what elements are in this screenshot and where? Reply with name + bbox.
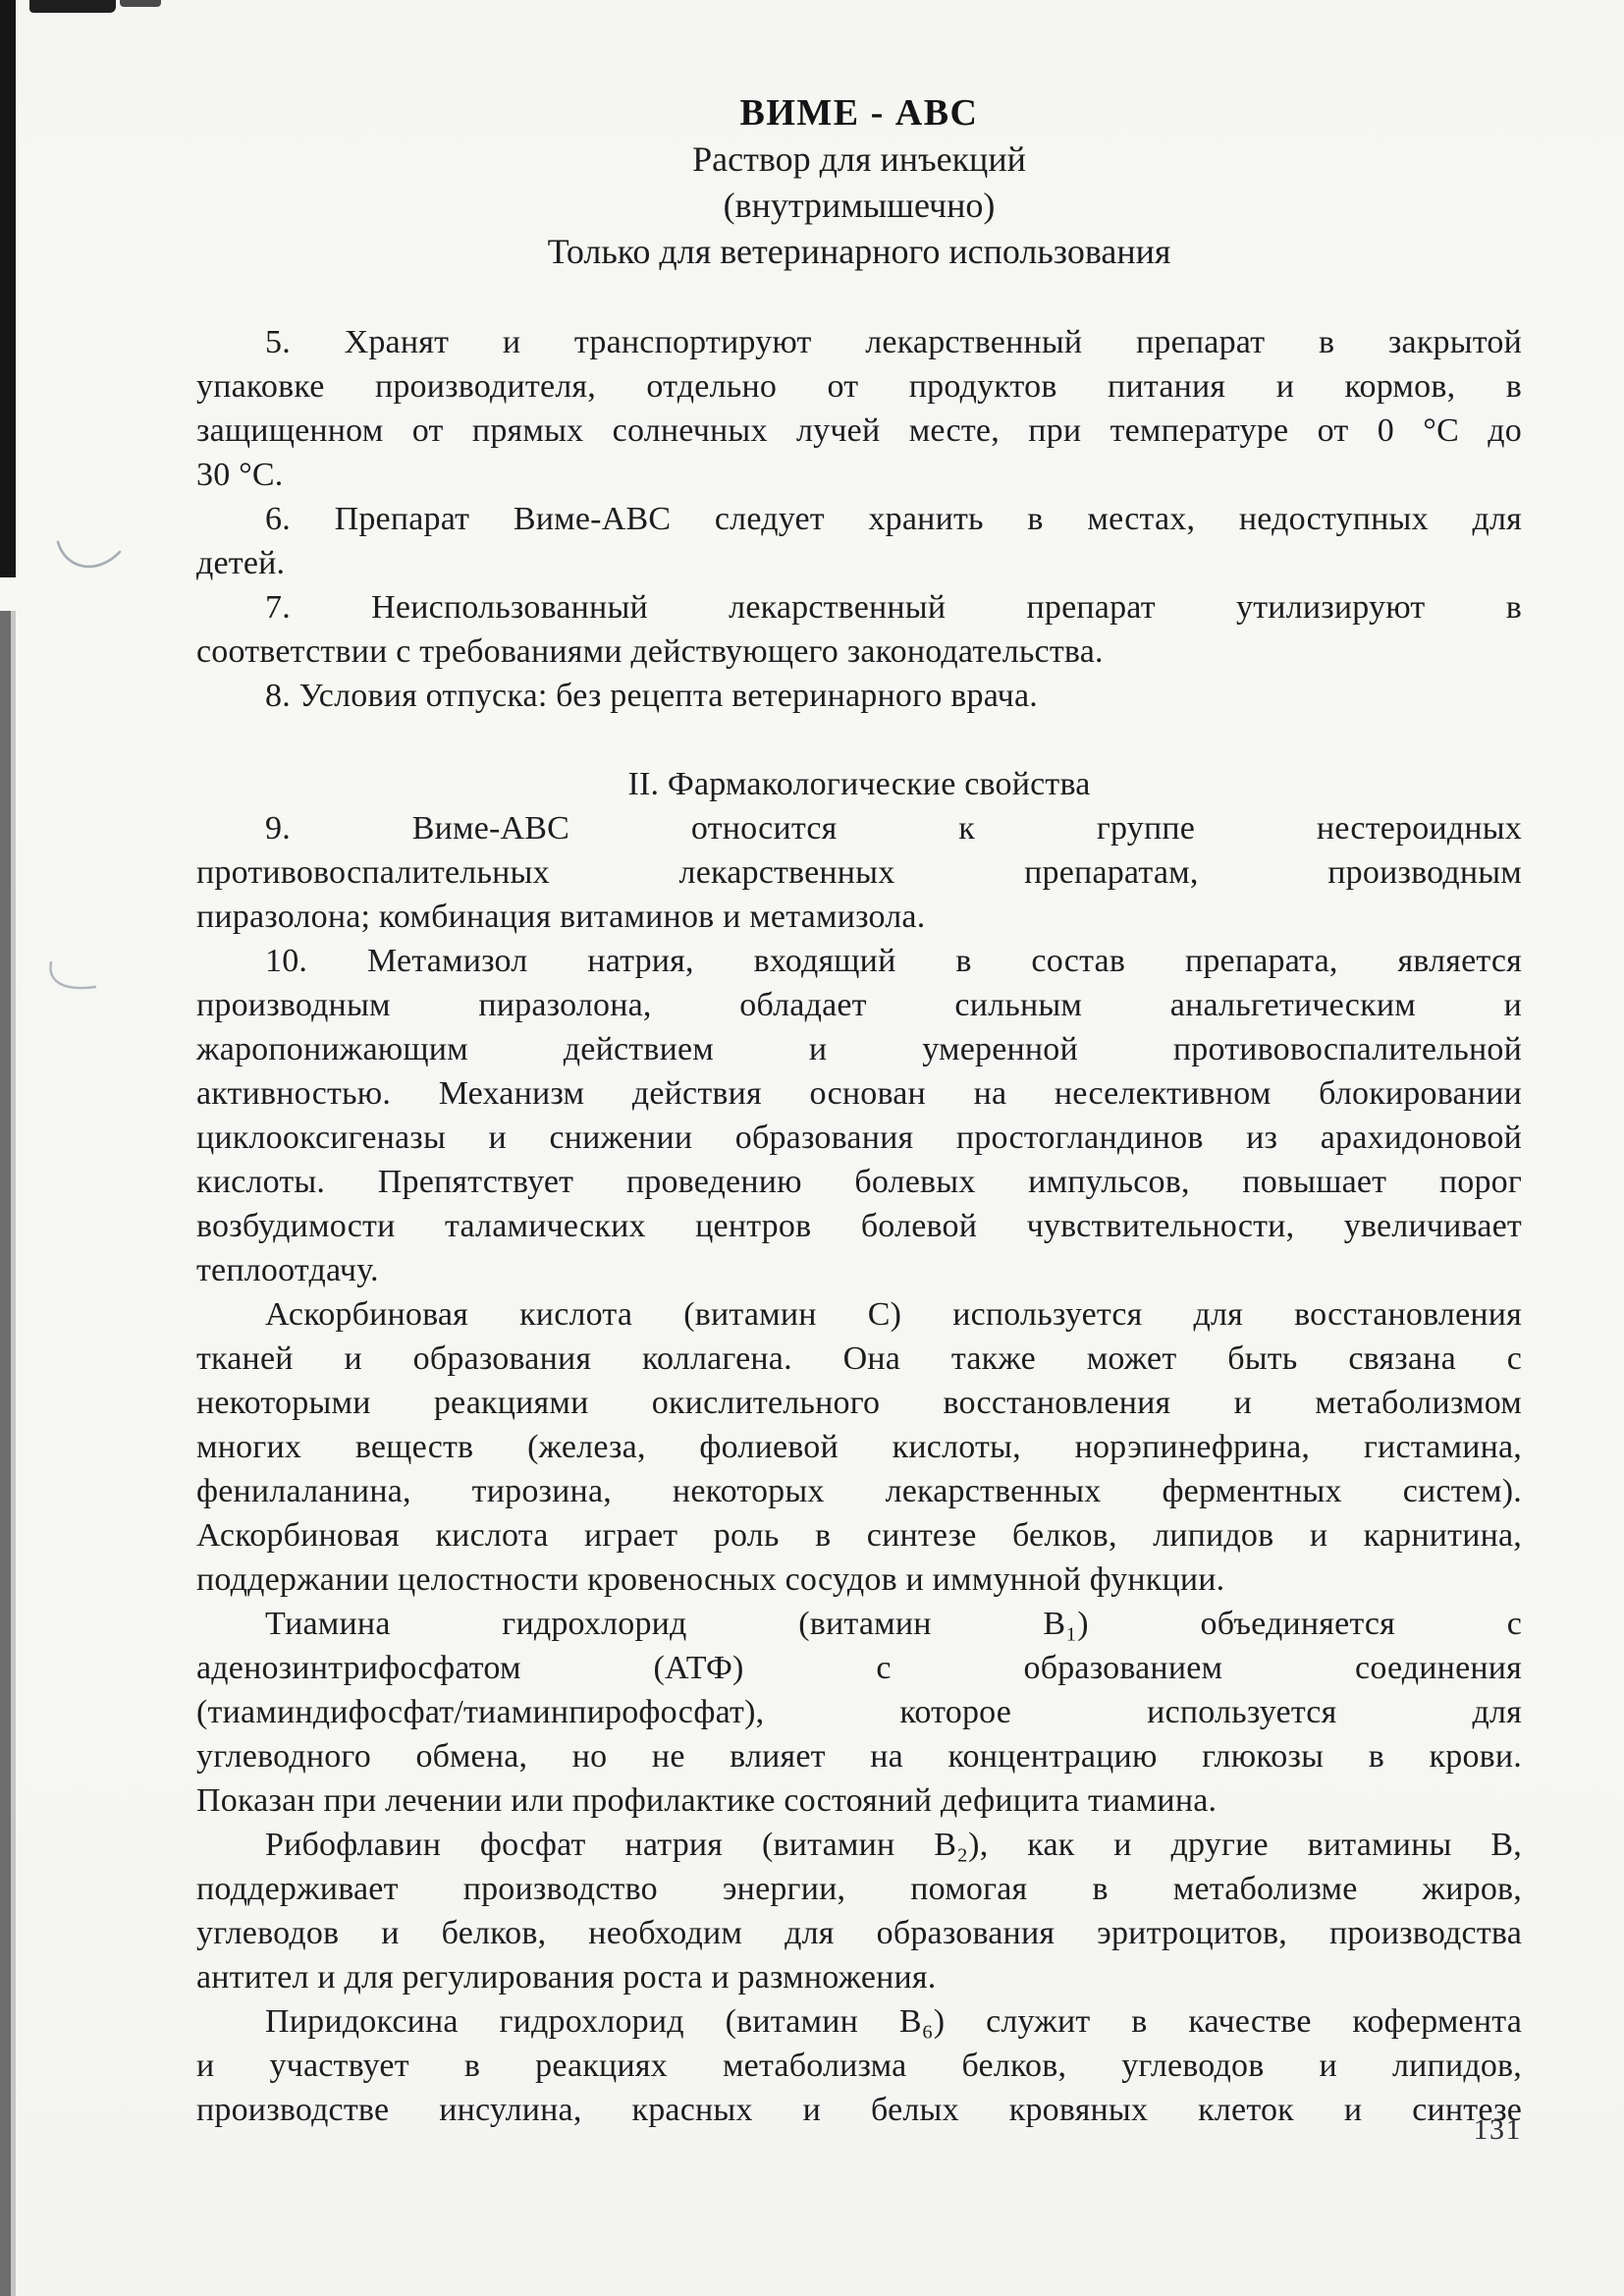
paragraph-line: пиразолона; комбинация витаминов и метам… bbox=[196, 895, 1522, 939]
paragraph-line: производным пиразолона, обладает сильным… bbox=[196, 983, 1522, 1027]
paragraph-line: 8. Условия отпуска: без рецепта ветерина… bbox=[196, 674, 1522, 718]
document-body: 5. Хранят и транспортируют лекарственный… bbox=[196, 320, 1522, 2132]
paragraph-line: (тиаминдифосфат/тиаминпирофосфат), котор… bbox=[196, 1690, 1522, 1734]
document-subtitle-use: Только для ветеринарного использования bbox=[196, 229, 1522, 275]
document-subtitle-route: (внутримышечно) bbox=[196, 183, 1522, 229]
paragraph-line: защищенном от прямых солнечных лучей мес… bbox=[196, 409, 1522, 453]
paragraph-line: 10. Метамизол натрия, входящий в состав … bbox=[196, 939, 1522, 983]
paragraph-line: теплоотдачу. bbox=[196, 1248, 1522, 1292]
paragraph: Тиамина гидрохлорид (витамин В₁) объедин… bbox=[196, 1602, 1522, 1823]
scan-edge-left-gray bbox=[0, 611, 11, 2296]
paragraph-line: аденозинтрифосфатом (АТФ) с образованием… bbox=[196, 1646, 1522, 1690]
paragraph: 8. Условия отпуска: без рецепта ветерина… bbox=[196, 674, 1522, 718]
paragraph-line: 7. Неиспользованный лекарственный препар… bbox=[196, 585, 1522, 629]
paragraph-line: антител и для регулирования роста и разм… bbox=[196, 1955, 1522, 1999]
paragraph-line: жаропонижающим действием и умеренной про… bbox=[196, 1027, 1522, 1071]
paragraph: Пиридоксина гидрохлорид (витамин В₆) слу… bbox=[196, 1999, 1522, 2132]
paragraph-line: тканей и образования коллагена. Она такж… bbox=[196, 1337, 1522, 1381]
paragraph-line: 9. Виме-АВС относится к группе нестероид… bbox=[196, 806, 1522, 850]
paragraph-line: циклооксигеназы и снижении образования п… bbox=[196, 1116, 1522, 1160]
section-heading: II. Фармакологические свойства bbox=[196, 762, 1522, 806]
paragraph-line: поддерживает производство энергии, помог… bbox=[196, 1867, 1522, 1911]
paragraph: 10. Метамизол натрия, входящий в состав … bbox=[196, 939, 1522, 1292]
paragraph-line: возбудимости таламических центров болево… bbox=[196, 1204, 1522, 1248]
scan-mark-top bbox=[29, 0, 116, 13]
paragraph-line: многих веществ (железа, фолиевой кислоты… bbox=[196, 1425, 1522, 1469]
scan-edge-left-dark bbox=[0, 0, 16, 577]
paragraph: 6. Препарат Виме-АВС следует хранить в м… bbox=[196, 497, 1522, 585]
paragraph-line: упаковке производителя, отдельно от прод… bbox=[196, 364, 1522, 409]
paragraph-line: кислоты. Препятствует проведению болевых… bbox=[196, 1160, 1522, 1204]
paragraph-line: Рибофлавин фосфат натрия (витамин В₂), к… bbox=[196, 1823, 1522, 1867]
paragraph: 7. Неиспользованный лекарственный препар… bbox=[196, 585, 1522, 674]
paragraph-line: некоторыми реакциями окислительного восс… bbox=[196, 1381, 1522, 1425]
paragraph-line: Тиамина гидрохлорид (витамин В₁) объедин… bbox=[196, 1602, 1522, 1646]
scan-edge-left-fade bbox=[11, 611, 16, 2296]
paragraph-line: соответствии с требованиями действующего… bbox=[196, 629, 1522, 674]
title-block: ВИМЕ - АВС Раствор для инъекций (внутрим… bbox=[196, 0, 1522, 275]
paragraph: 9. Виме-АВС относится к группе нестероид… bbox=[196, 806, 1522, 939]
paragraph-line: фенилаланина, тирозина, некоторых лекарс… bbox=[196, 1469, 1522, 1513]
paragraph-line: 30 °С. bbox=[196, 453, 1522, 497]
paragraph: Аскорбиновая кислота (витамин С) использ… bbox=[196, 1292, 1522, 1602]
document-title: ВИМЕ - АВС bbox=[196, 90, 1522, 137]
paragraph: Рибофлавин фосфат натрия (витамин В₂), к… bbox=[196, 1823, 1522, 1999]
paragraph-line: углеводного обмена, но не влияет на конц… bbox=[196, 1734, 1522, 1778]
paragraph-line: углеводов и белков, необходим для образо… bbox=[196, 1911, 1522, 1955]
paragraph-line: 5. Хранят и транспортируют лекарственный… bbox=[196, 320, 1522, 364]
paragraph-line: и участвует в реакциях метаболизма белко… bbox=[196, 2044, 1522, 2088]
paragraph-line: противовоспалительных лекарственных преп… bbox=[196, 850, 1522, 895]
paragraph-line: активностью. Механизм действия основан н… bbox=[196, 1071, 1522, 1116]
paragraph-line: 6. Препарат Виме-АВС следует хранить в м… bbox=[196, 497, 1522, 541]
paragraph-line: детей. bbox=[196, 541, 1522, 585]
pen-mark-2 bbox=[44, 955, 101, 1000]
scanned-document-page: ВИМЕ - АВС Раствор для инъекций (внутрим… bbox=[0, 0, 1624, 2296]
paragraph-line: Показан при лечении или профилактике сос… bbox=[196, 1778, 1522, 1823]
text-column: ВИМЕ - АВС Раствор для инъекций (внутрим… bbox=[196, 0, 1522, 2132]
paragraph: 5. Хранят и транспортируют лекарственный… bbox=[196, 320, 1522, 497]
scan-mark-top-secondary bbox=[120, 0, 161, 7]
paragraph-line: Пиридоксина гидрохлорид (витамин В₆) слу… bbox=[196, 1999, 1522, 2044]
pen-mark-1 bbox=[54, 532, 125, 579]
paragraph-line: Аскорбиновая кислота играет роль в синте… bbox=[196, 1513, 1522, 1558]
page-number: 131 bbox=[196, 2113, 1522, 2147]
document-subtitle-form: Раствор для инъекций bbox=[196, 137, 1522, 183]
paragraph-line: Аскорбиновая кислота (витамин С) использ… bbox=[196, 1292, 1522, 1337]
paragraph-line: поддержании целостности кровеносных сосу… bbox=[196, 1558, 1522, 1602]
